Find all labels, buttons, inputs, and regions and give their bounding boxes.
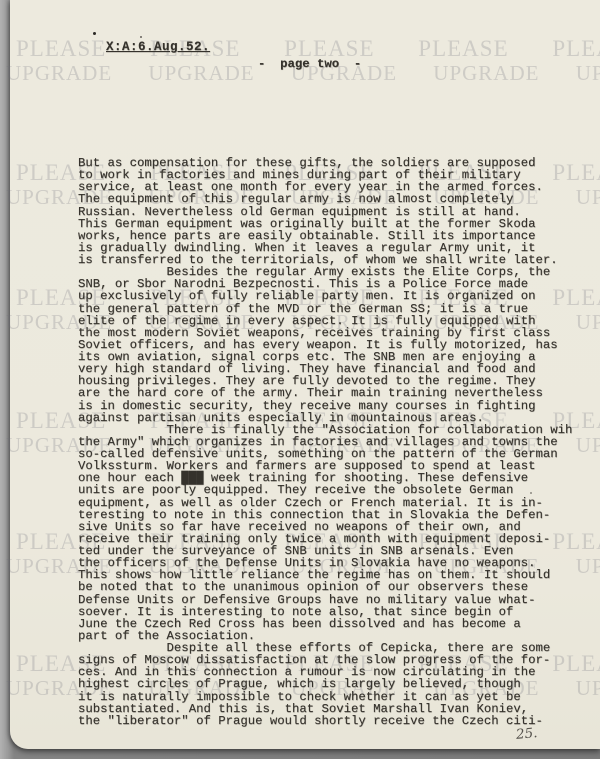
ink-speck [93, 32, 96, 35]
reference-number: X:A:6.Aug.52. [106, 40, 210, 54]
ink-speck [140, 36, 142, 38]
ink-speck [530, 492, 532, 494]
document-scan: { "document": { "header": { "reference":… [0, 0, 600, 759]
page-header-label: - page two - [258, 57, 361, 71]
handwritten-page-number: 25. [515, 725, 538, 743]
typed-body-text: But as compensation for these gifts, the… [78, 157, 572, 727]
